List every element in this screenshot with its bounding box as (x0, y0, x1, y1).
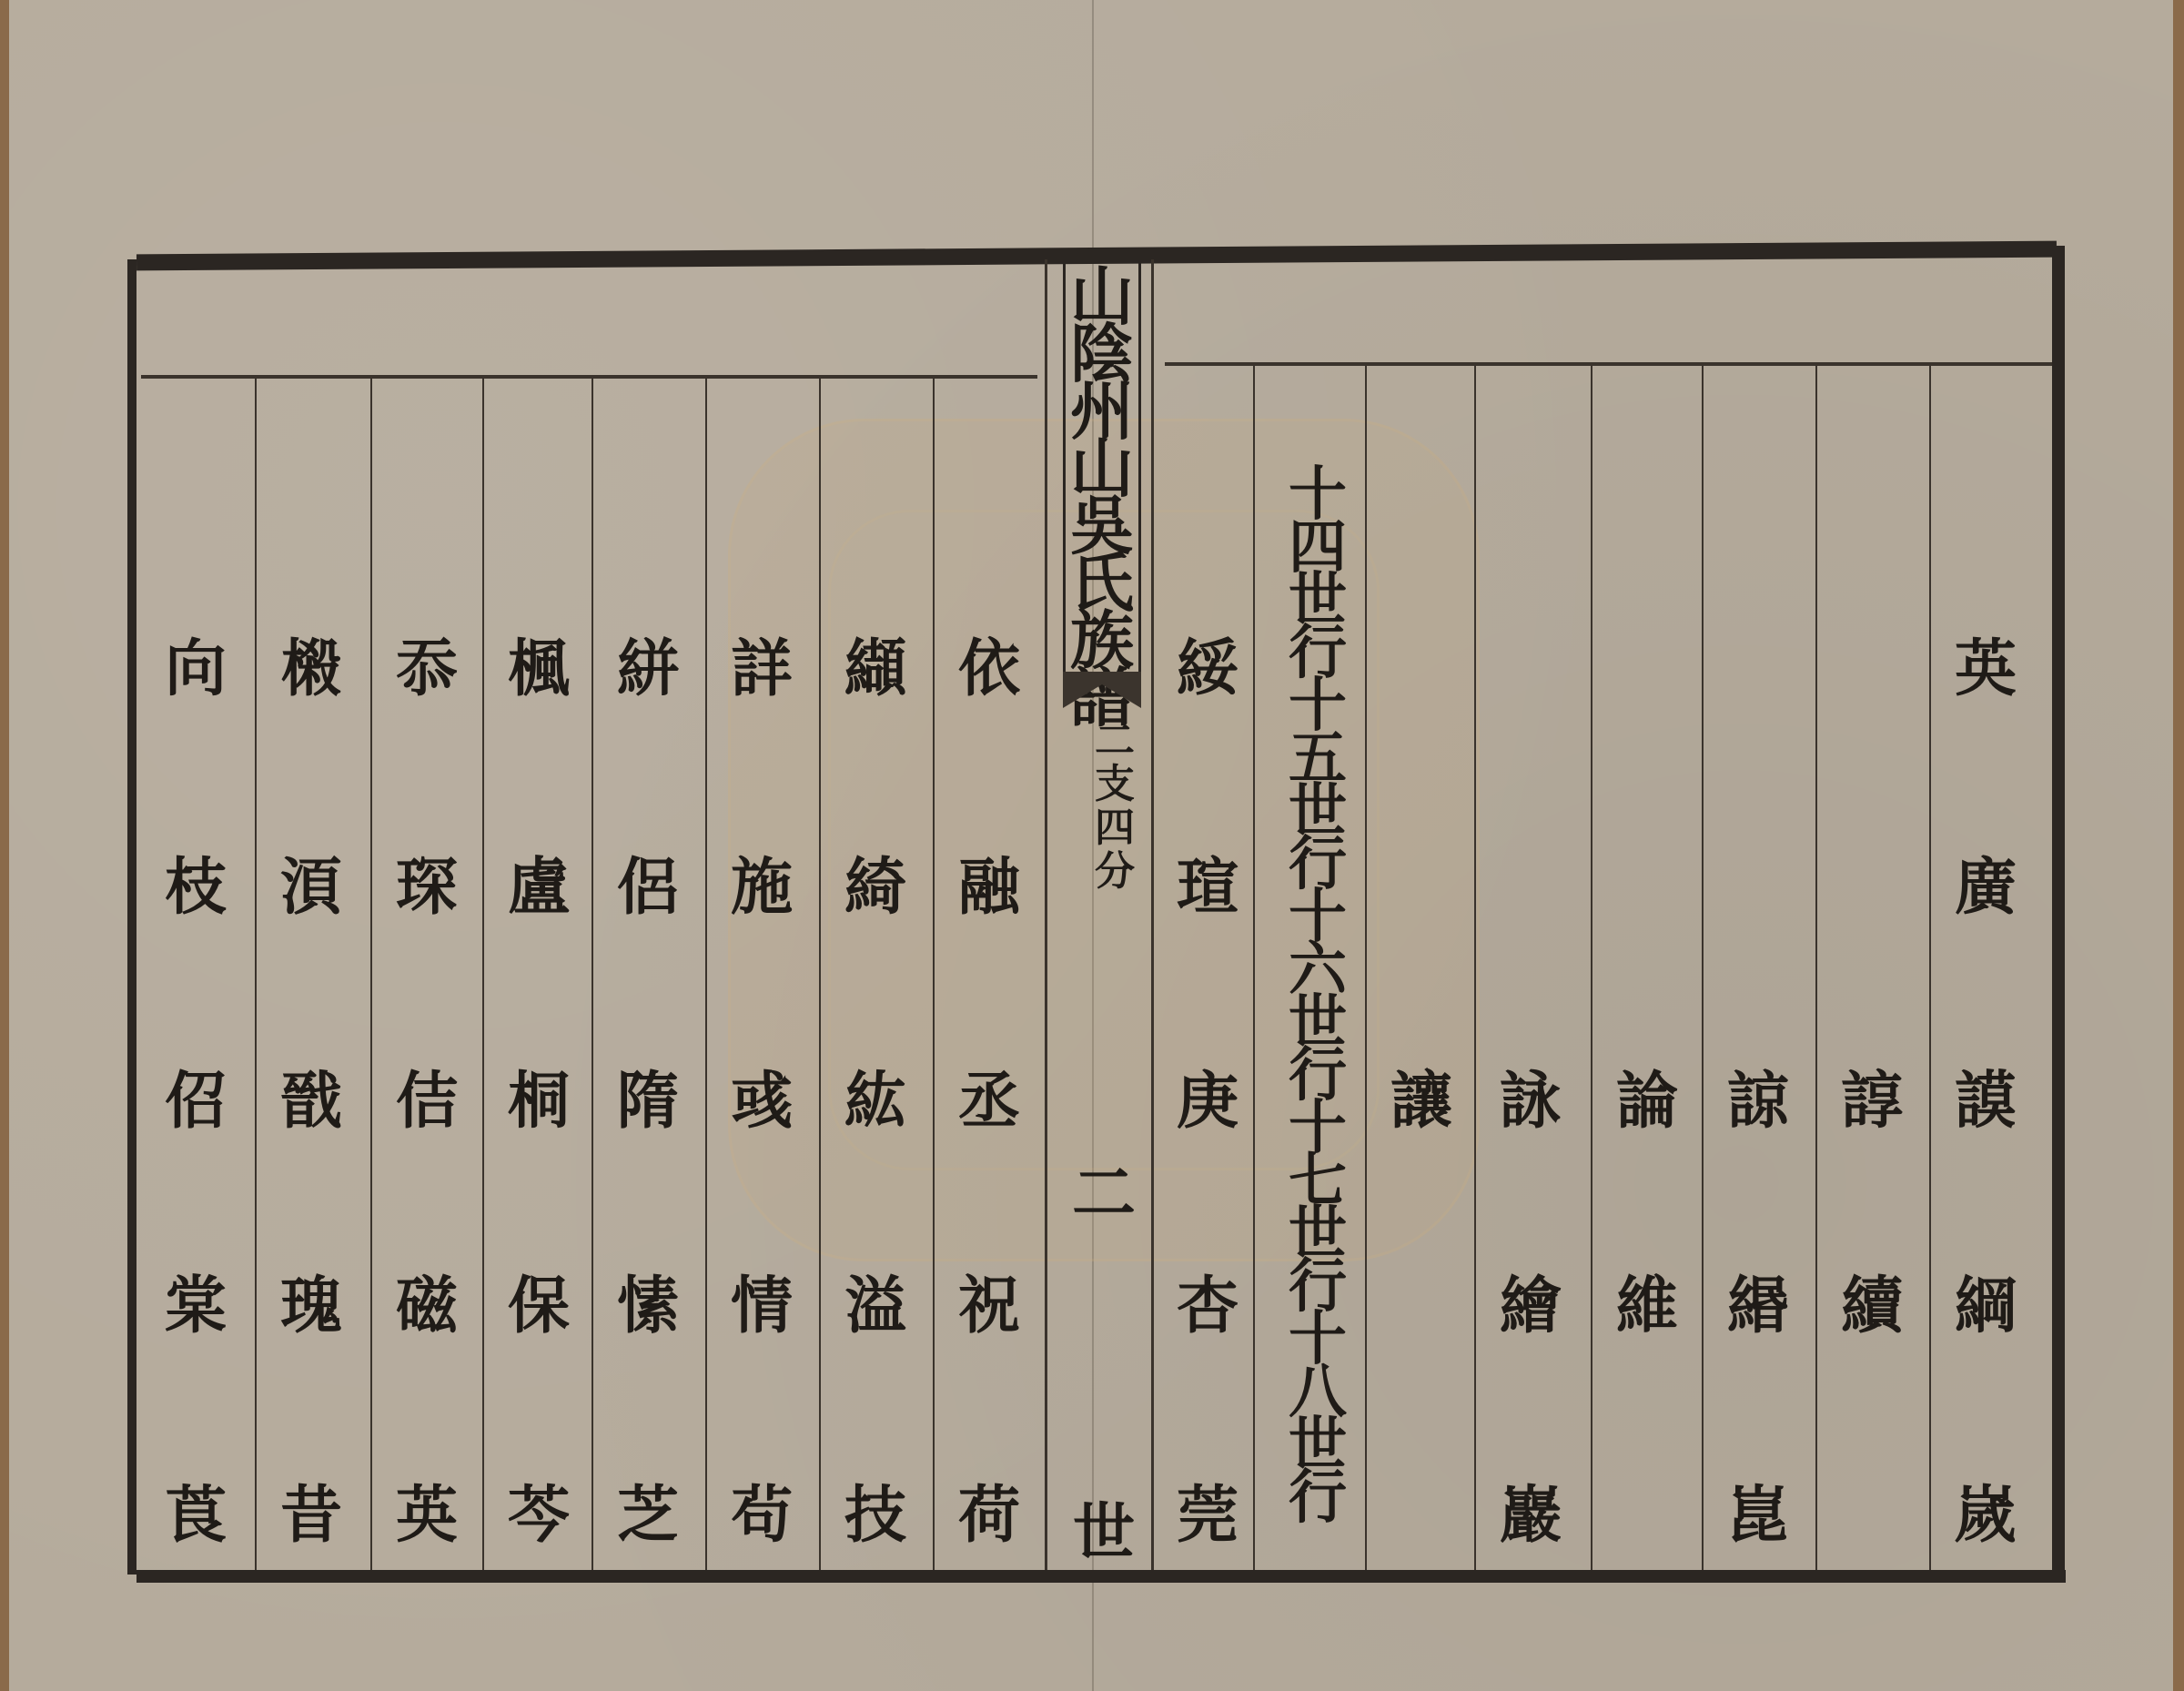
name-char: 盧 (484, 851, 593, 924)
branch-label: 二支四分 (1092, 719, 1137, 894)
name-char: 謨 (1931, 1065, 2040, 1138)
name-char: 諒 (1704, 1065, 1813, 1138)
left-column-4: 絣 侶 隋 愫 芝 (593, 373, 703, 1575)
name-char: 桐 (484, 1065, 593, 1138)
name-char: 詠 (1476, 1065, 1585, 1138)
left-border-rule (127, 259, 136, 1575)
right-column-6: 諒 緡 崑 (1704, 373, 1813, 1575)
left-column-7: 樧 湏 戩 瑰 昔 (257, 373, 366, 1575)
name-char: 庚 (1153, 1065, 1262, 1138)
name-char: 紘 (821, 1065, 930, 1138)
left-column-6: 忝 琛 佶 磁 英 (372, 373, 481, 1575)
bottom-center-char: 世 (1065, 1483, 1143, 1572)
name-char: 芩 (484, 1479, 593, 1552)
right-border-rule (2052, 246, 2065, 1575)
left-column-8: 向 枝 佋 棠 莨 (141, 373, 250, 1575)
right-column-1: 綏 瑄 庚 杏 莞 (1153, 373, 1262, 1575)
name-char: 綱 (1931, 1270, 2040, 1342)
page-number: 二 (1065, 1142, 1143, 1234)
right-column-8: 英 廣 謨 綱 嵗 (1931, 373, 2040, 1575)
name-char: 隋 (593, 1065, 703, 1138)
name-char: 茍 (707, 1479, 816, 1552)
name-char: 緡 (1704, 1270, 1813, 1342)
name-char: 芝 (593, 1479, 703, 1552)
name-char: 融 (935, 851, 1044, 924)
name-char: 杏 (1153, 1270, 1262, 1342)
name-char: 續 (1817, 1270, 1926, 1342)
name-char: 英 (372, 1479, 481, 1552)
name-char: 向 (141, 633, 250, 705)
name-char: 昔 (257, 1479, 366, 1552)
name-char: 忝 (372, 633, 481, 705)
left-column-5: 楓 盧 桐 保 芩 (484, 373, 593, 1575)
gen-14: 十四世行 (1263, 469, 1372, 680)
right-column-3: 讓 (1367, 373, 1476, 1575)
name-char: 祝 (935, 1270, 1044, 1342)
name-char: 佶 (372, 1065, 481, 1138)
name-char: 愫 (593, 1270, 703, 1342)
right-column-4: 詠 繪 巖 (1476, 373, 1585, 1575)
name-char: 綺 (821, 851, 930, 924)
name-char: 莞 (1153, 1479, 1262, 1552)
gen-15: 十五世行 (1263, 680, 1372, 891)
name-char: 瑰 (257, 1270, 366, 1342)
name-char: 樧 (257, 633, 366, 705)
name-char: 英 (1931, 633, 2040, 705)
right-column-5: 論 維 (1592, 373, 1702, 1575)
gen-18: 十八世行 (1263, 1313, 1372, 1524)
name-char: 技 (821, 1479, 930, 1552)
name-char: 琛 (372, 851, 481, 924)
name-char: 廣 (1931, 851, 2040, 924)
name-char: 維 (1592, 1270, 1702, 1342)
left-column-2: 纈 綺 紘 溢 技 (821, 373, 930, 1575)
gen-16: 十六世行 (1263, 891, 1372, 1102)
name-char: 彧 (707, 1065, 816, 1138)
name-char: 侶 (593, 851, 703, 924)
name-char: 磁 (372, 1270, 481, 1342)
name-char: 論 (1592, 1065, 1702, 1138)
name-char: 楓 (484, 633, 593, 705)
name-char: 棠 (141, 1270, 250, 1342)
right-column-7: 諄 續 (1817, 373, 1926, 1575)
name-char: 瑄 (1153, 851, 1262, 924)
gen-17: 十七世行 (1263, 1102, 1372, 1313)
name-char: 諄 (1817, 1065, 1926, 1138)
name-char: 保 (484, 1270, 593, 1342)
name-char: 綏 (1153, 633, 1262, 705)
genealogy-page: 山陰州山吳氏族譜 二支四分 二 世 十四世行 十五世行 十六世行 十七世行 十八… (9, 0, 2173, 1691)
name-char: 纈 (821, 633, 930, 705)
generation-header: 十四世行 十五世行 十六世行 十七世行 十八世行 (1263, 469, 1372, 1524)
right-inner-rule (1165, 362, 2052, 366)
name-char: 溢 (821, 1270, 930, 1342)
name-char: 荷 (935, 1479, 1044, 1552)
name-char: 湏 (257, 851, 366, 924)
name-char: 崑 (1704, 1479, 1813, 1552)
name-char: 佋 (141, 1065, 250, 1138)
left-column-1: 依 融 丞 祝 荷 (935, 373, 1044, 1575)
name-char: 戩 (257, 1065, 366, 1138)
col-divider (1045, 259, 1047, 1570)
name-char: 詳 (707, 633, 816, 705)
book-title: 山陰州山吳氏族譜 (1063, 262, 1141, 672)
name-char: 丞 (935, 1065, 1044, 1138)
name-char: 依 (935, 633, 1044, 705)
name-char: 情 (707, 1270, 816, 1342)
name-char: 巖 (1476, 1479, 1585, 1552)
name-char: 枝 (141, 851, 250, 924)
name-char: 讓 (1367, 1065, 1476, 1138)
name-char: 絣 (593, 633, 703, 705)
name-char: 施 (707, 851, 816, 924)
name-char: 莨 (141, 1479, 250, 1552)
name-char: 繪 (1476, 1270, 1585, 1342)
name-char: 嵗 (1931, 1479, 2040, 1552)
left-column-3: 詳 施 彧 情 茍 (707, 373, 816, 1575)
